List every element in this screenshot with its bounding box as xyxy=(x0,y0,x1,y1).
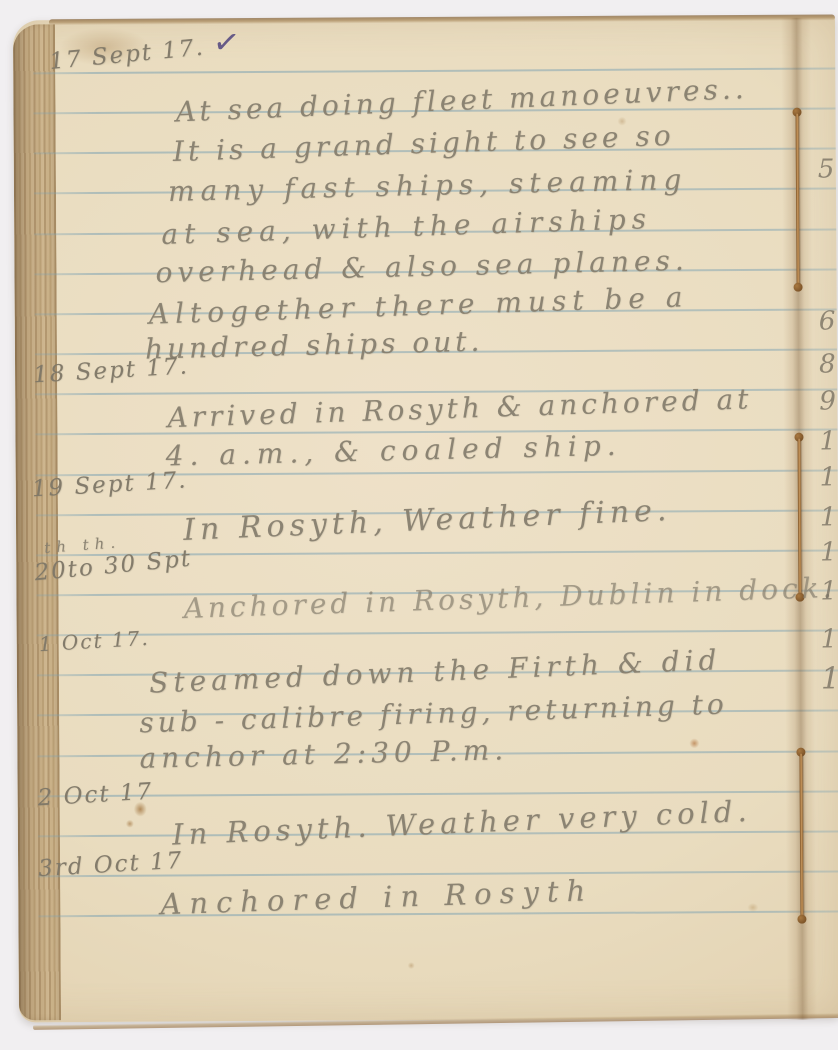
facing-page-number: 1 xyxy=(819,426,838,456)
stitch-knot xyxy=(797,915,806,924)
stitch-knot xyxy=(794,283,803,292)
facing-page-number: 8 xyxy=(819,349,838,379)
facing-page-number: 1 xyxy=(821,624,838,654)
stitch-thread xyxy=(799,754,803,918)
stain xyxy=(126,820,134,828)
facing-page-number: 1 xyxy=(820,462,838,492)
scanned-diary-page: ✓ 17 Sept 17. At sea doing fleet manoeuv… xyxy=(0,0,838,1050)
facing-page-number: 9 xyxy=(819,386,838,416)
notebook-page-group: ✓ 17 Sept 17. At sea doing fleet manoeuv… xyxy=(0,0,838,1050)
facing-page-number: 1 xyxy=(820,537,838,567)
facing-page-number: 1 xyxy=(820,502,838,532)
stain xyxy=(689,738,699,748)
facing-page-number: 6 xyxy=(819,306,838,336)
binding-stitch xyxy=(796,750,806,922)
facing-page-number: 1 xyxy=(821,661,838,696)
ink-check-mark-icon: ✓ xyxy=(211,22,243,63)
facing-page-number: 1 xyxy=(820,576,838,606)
facing-page-number: 5 xyxy=(818,154,838,184)
stain xyxy=(747,903,758,912)
binding-stitch xyxy=(793,110,803,290)
stain xyxy=(408,962,415,969)
stitch-thread xyxy=(796,114,800,286)
ruled-line xyxy=(37,630,838,637)
